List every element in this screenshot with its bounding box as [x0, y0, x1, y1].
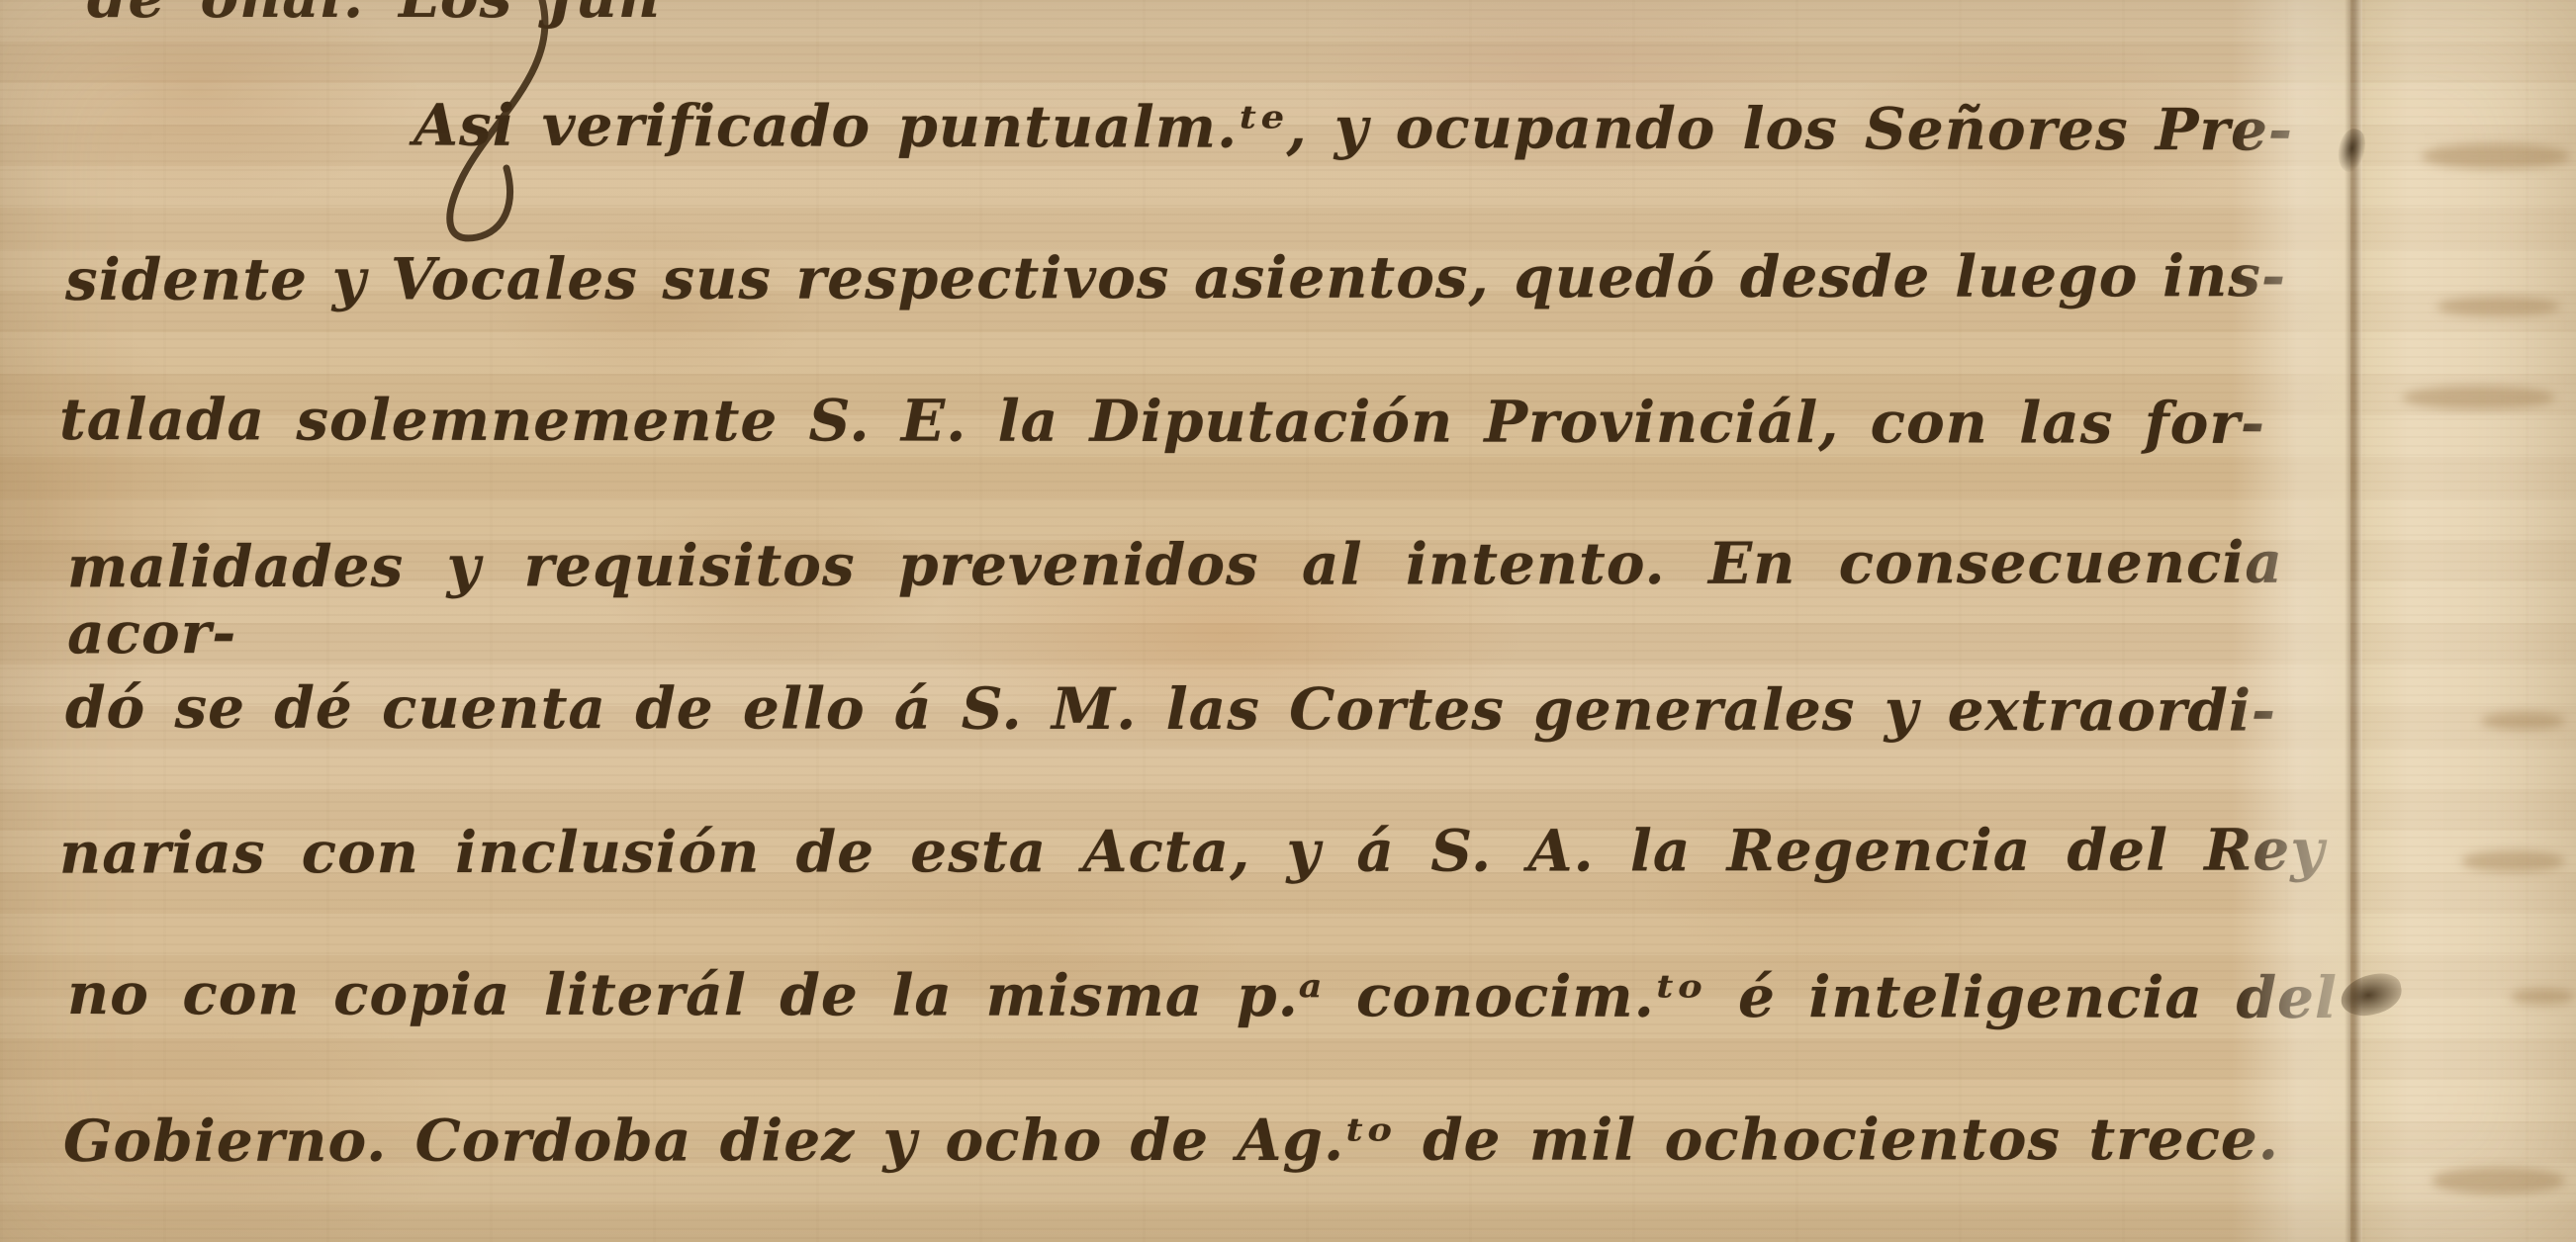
manuscript-line-5: dó se dé cuenta de ello á S. M. las Cort… — [65, 674, 2276, 744]
manuscript-line-1: Asi verificado puntualm.ᵗᵉ, y ocupando l… — [414, 93, 2293, 164]
ghost-text-smudge — [2437, 297, 2560, 316]
page-fold-crease — [2345, 0, 2362, 1242]
manuscript-line-4: malidades y requisitos prevenidos al int… — [67, 530, 2283, 666]
manuscript-line-2: sidente y Vocales sus respectivos asient… — [65, 243, 2286, 313]
ghost-text-smudge — [2432, 1167, 2565, 1195]
facing-page-texture — [2362, 0, 2576, 1242]
manuscript-line-3: talada solemnemente S. E. la Diputación … — [59, 387, 2265, 457]
manuscript-line-clipped-top: de onal. Los Jun — [87, 0, 661, 31]
manuscript-line-6: narias con inclusión de esta Acta, y á S… — [59, 817, 2325, 886]
ghost-text-smudge — [2461, 850, 2565, 872]
ghost-text-smudge — [2481, 712, 2565, 730]
manuscript-line-7: no con copia literál de la misma p.ᵃ con… — [67, 961, 2338, 1031]
ghost-text-smudge — [2511, 989, 2575, 1005]
facing-page-edge — [2362, 0, 2576, 1242]
manuscript-line-8: Gobierno. Cordoba diez y ocho de Ag.ᵗᵒ d… — [63, 1107, 2279, 1175]
ghost-text-smudge — [2422, 143, 2570, 169]
manuscript-photo: de onal. Los Jun Asi verificado puntualm… — [0, 0, 2576, 1242]
ghost-text-smudge — [2402, 386, 2555, 409]
